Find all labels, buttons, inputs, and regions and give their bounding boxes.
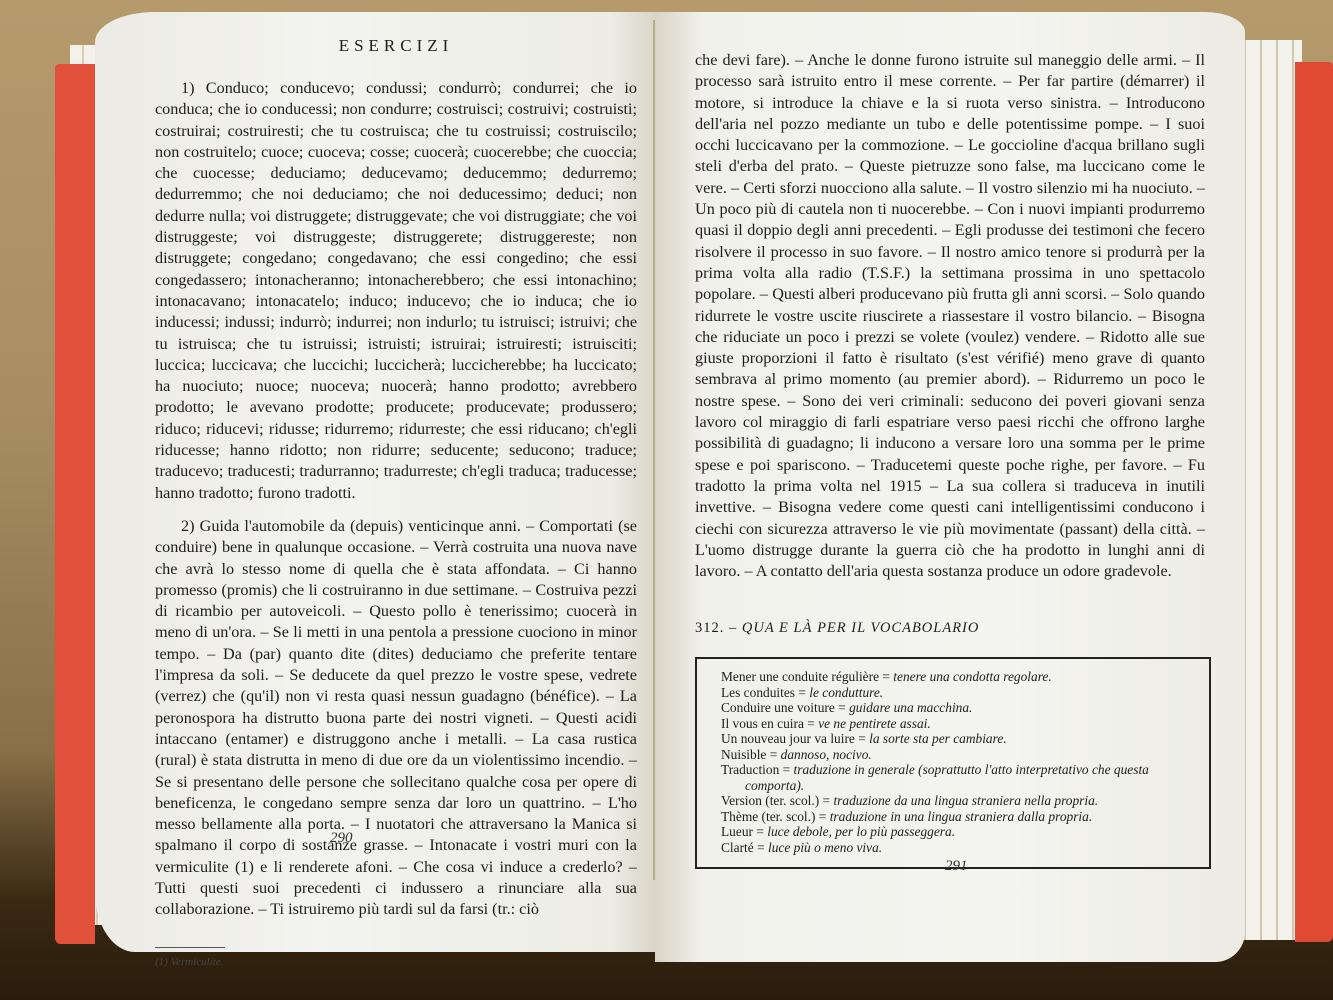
- vocab-entry: Traduction = traduzione in generale (sop…: [721, 762, 1195, 793]
- vocab-french: Nuisible =: [721, 747, 777, 762]
- vocab-italian: le condutture.: [809, 685, 883, 700]
- vocab-italian: luce debole, per lo più passeggera.: [767, 824, 955, 839]
- vocab-french: Version (ter. scol.) =: [721, 793, 830, 808]
- vocab-entry: Il vous en cuira = ve ne pentirete assai…: [721, 716, 1195, 732]
- vocab-entry: Version (ter. scol.) = traduzione da una…: [721, 793, 1195, 809]
- vocab-french: Un nouveau jour va luire =: [721, 731, 866, 746]
- vocab-italian: la sorte sta per cambiare.: [869, 731, 1007, 746]
- vocab-italian: traduzione da una lingua straniera nella…: [833, 793, 1098, 808]
- vocab-french: Les conduites =: [721, 685, 806, 700]
- vocab-french: Thème (ter. scol.) =: [721, 809, 826, 824]
- vocab-italian: luce più o meno viva.: [768, 840, 882, 855]
- vocab-entry: Un nouveau jour va luire = la sorte sta …: [721, 731, 1195, 747]
- vocab-entry: Lueur = luce debole, per lo più passegge…: [721, 824, 1195, 840]
- exercise-continuation: che devi fare). – Anche le donne furono …: [695, 50, 1205, 582]
- vocabulary-box: Mener une conduite régulière = tenere un…: [695, 657, 1211, 869]
- vocab-entry: Les conduites = le condutture.: [721, 685, 1195, 701]
- vocab-entry: Conduire une voiture = guidare una macch…: [721, 700, 1195, 716]
- running-head: ESERCIZI: [155, 36, 637, 56]
- vocab-italian: traduzione in una lingua straniera dalla…: [830, 809, 1093, 824]
- vocab-entry: Nuisible = dannoso, nocivo.: [721, 747, 1195, 763]
- vocab-entry: Clarté = luce più o meno viva.: [721, 840, 1195, 856]
- vocab-entry: Thème (ter. scol.) = traduzione in una l…: [721, 809, 1195, 825]
- vocab-italian: tenere una condotta regolare.: [893, 669, 1051, 684]
- vocab-french: Mener une conduite régulière =: [721, 669, 890, 684]
- vocab-italian: guidare una macchina.: [849, 700, 972, 715]
- vocab-french: Clarté =: [721, 840, 765, 855]
- vocab-entry: Mener une conduite régulière = tenere un…: [721, 669, 1195, 685]
- book-cover-left: [55, 64, 95, 944]
- vocab-french: Lueur =: [721, 824, 764, 839]
- vocab-italian: dannoso, nocivo.: [781, 747, 872, 762]
- book-cover-right: [1295, 62, 1333, 942]
- vocab-french: Il vous en cuira =: [721, 716, 815, 731]
- page-number-left: 290: [330, 830, 353, 847]
- section-number: 312.: [695, 620, 724, 636]
- footnote-rule: [155, 947, 225, 948]
- footnote: (1) Vermiculite.: [155, 956, 637, 968]
- vocab-italian: ve ne pentirete assai.: [818, 716, 931, 731]
- exercise-1: 1) Conduco; conducevo; condussi; condurr…: [155, 78, 637, 504]
- vocab-french: Conduire une voiture =: [721, 700, 846, 715]
- left-page: ESERCIZI 1) Conduco; conducevo; condussi…: [95, 12, 655, 952]
- vocab-italian: traduzione in generale (soprattutto l'at…: [745, 762, 1149, 793]
- section-heading: 312. – QUA E LÀ PER IL VOCABOLARIO: [695, 620, 1205, 637]
- section-title: – QUA E LÀ PER IL VOCABOLARIO: [729, 620, 979, 636]
- exercise-2: 2) Guida l'automobile da (depuis) ventic…: [155, 516, 637, 921]
- vocab-french: Traduction =: [721, 762, 790, 777]
- page-number-right: 291: [945, 858, 968, 875]
- right-page: che devi fare). – Anche le donne furono …: [655, 12, 1245, 962]
